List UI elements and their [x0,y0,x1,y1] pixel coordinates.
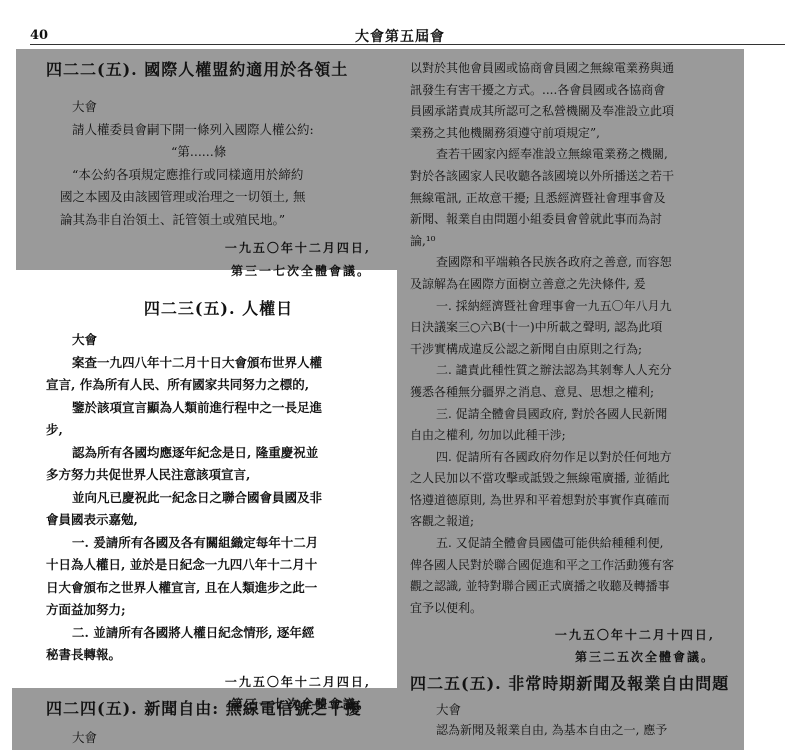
resolution-422-line: 論其為非自治領土、託管領土或殖民地。” [46,209,391,232]
resolution-423-body-label: 大會 [46,329,391,352]
resolution-424-line: 四. 促請所有各國政府勿作足以對於任何地方 [410,447,735,469]
resolution-422-line: 請人權委員會嗣下開一條列入國際人權公約: [46,119,391,142]
resolution-423-line: 一. 爰請所有各國及各有關組織定每年十二月 [46,532,391,555]
resolution-423-line: 多方努力共促世界人民注意該項宣言, [46,464,391,487]
resolution-423-heading: 四二三(五). 人權日 [46,297,391,321]
resolution-424-signature-meeting: 第三二五次全體會議。 [410,647,735,669]
resolution-423-line: 認為所有各國均應逐年紀念是日, 隆重慶祝並 [46,442,391,465]
resolution-423-line: 鑒於該項宣言顯為人類前進行程中之一長足進 [46,397,391,420]
resolution-424-line: 宜予以便利。 [410,598,735,620]
resolution-424-line: 新聞、報業自由問題小組委員會曾就此事而為討 [410,209,735,231]
resolution-424-line: 干涉實構成違反公認之新聞自由原則之行為; [410,339,735,361]
resolution-423-line: 二. 並請所有各國將人權日紀念情形, 逐年經 [46,622,391,645]
resolution-423-signature-date: 一九五〇年十二月四日, [46,671,391,694]
resolution-424-line: 業務之其他機關務須遵守前項規定”, [410,123,735,145]
resolution-423-line: 日大會頒布之世界人權宣言, 且在人類進步之此一 [46,577,391,600]
resolution-422-line: “本公約各項規定應推行或同樣適用於締約 [46,164,391,187]
running-title: 大會第五屆會 [0,26,800,46]
resolution-423-line: 會員國表示嘉勉, [46,509,391,532]
resolution-423-line: 並向凡已慶祝此一紀念日之聯合國會員國及非 [46,487,391,510]
resolution-425-body-label: 大會 [410,700,735,720]
resolution-424-line: 三. 促請全體會員國政府, 對於各國人民新聞 [410,404,735,426]
resolution-424-heading: 四二四(五). 新聞自由: 無線電信號之干擾 [46,697,391,721]
header-rule [30,44,785,45]
resolution-424-line: 五. 又促請全體會員國儘可能供給種種利便, [410,533,735,555]
resolution-422-line: “第......條 [46,141,391,164]
resolution-422: 四二二(五). 國際人權盟約適用於各領土 大會 請人權委員會嗣下開一條列入國際人… [46,58,391,282]
resolution-424-line: 無線電訊, 正故意干擾; 且悉經濟暨社會理事會及 [410,188,735,210]
resolution-423-line: 宣言, 作為所有人民、所有國家共同努力之標的, [46,374,391,397]
resolution-425-heading: 四二五(五). 非常時期新聞及報業自由問題 [410,672,735,696]
resolution-423: 四二三(五). 人權日 大會 案查一九四八年十二月十日大會頒布世界人權 宣言, … [46,297,391,716]
resolution-424-line: 查若干國家內經奉准設立無線電業務之機關, [410,144,735,166]
resolution-422-heading: 四二二(五). 國際人權盟約適用於各領土 [46,58,391,82]
resolution-424-line: 觀之認識, 並特對聯合國正式廣播之收聽及轉播事 [410,576,735,598]
resolution-423-line: 十日為人權日, 並於是日紀念一九四八年十二月十 [46,554,391,577]
resolution-424-line: 對於各該國家人民收聽各該國境以外所播送之若干 [410,166,735,188]
resolution-423-line: 案查一九四八年十二月十日大會頒布世界人權 [46,352,391,375]
resolution-424-continued: 以對於其他會員國或協商會員國之無線電業務與通 訊發生有害干擾之方式。....各會… [410,58,735,669]
resolution-424-line: 一. 採納經濟暨社會理事會一九五〇年八月九 [410,296,735,318]
resolution-424-line: 以對於其他會員國或協商會員國之無線電業務與通 [410,58,735,80]
resolution-424: 四二四(五). 新聞自由: 無線電信號之干擾 大會 [46,697,391,750]
resolution-424-line: 自由之權利, 勿加以此種干涉; [410,425,735,447]
resolution-423-line: 方面益加努力; [46,599,391,622]
resolution-424-line: 二. 譴責此種性質之辦法認為其剝奪人人充分 [410,360,735,382]
resolution-424-line: 俾各國人民對於聯合國促進和平之工作活動獲有客 [410,555,735,577]
resolution-424-line: 之人民加以不當攻擊或詆毀之無線電廣播, 並循此 [410,468,735,490]
resolution-424-line: 獲悉各種無分疆界之消息、意見、思想之權利; [410,382,735,404]
resolution-423-line: 步, [46,419,391,442]
resolution-425-line: 認為新聞及報業自由, 為基本自由之一, 應予 [410,720,735,740]
resolution-424-signature-date: 一九五〇年十二月十四日, [410,625,735,647]
resolution-424-line: 訊發生有害干擾之方式。....各會員國或各協商會 [410,80,735,102]
resolution-424-body-label: 大會 [46,727,391,750]
resolution-424-line: 查國際和平端賴各民族各政府之善意, 而容恕 [410,252,735,274]
resolution-424-line: 客觀之報道; [410,511,735,533]
resolution-424-line: 恪遵道德原則, 為世界和平着想對於事實作真確而 [410,490,735,512]
resolution-425: 四二五(五). 非常時期新聞及報業自由問題 大會 認為新聞及報業自由, 為基本自… [410,672,735,740]
resolution-423-line: 秘書長轉報。 [46,644,391,667]
resolution-422-line: 國之本國及由該國管理或治理之一切領土, 無 [46,186,391,209]
resolution-424-line: 日決議案三○六B(十一)中所載之聲明, 認為此項 [410,317,735,339]
resolution-424-line: 員國承諾責成其所認可之私營機關及奉准設立此項 [410,101,735,123]
resolution-424-line: 及諒解為在國際方面樹立善意之先決條件, 爰 [410,274,735,296]
resolution-422-signature-meeting: 第三一七次全體會議。 [46,260,391,283]
resolution-422-signature-date: 一九五〇年十二月四日, [46,237,391,260]
resolution-422-body-label: 大會 [46,96,391,119]
resolution-424-line: 論,¹⁰ [410,231,735,253]
